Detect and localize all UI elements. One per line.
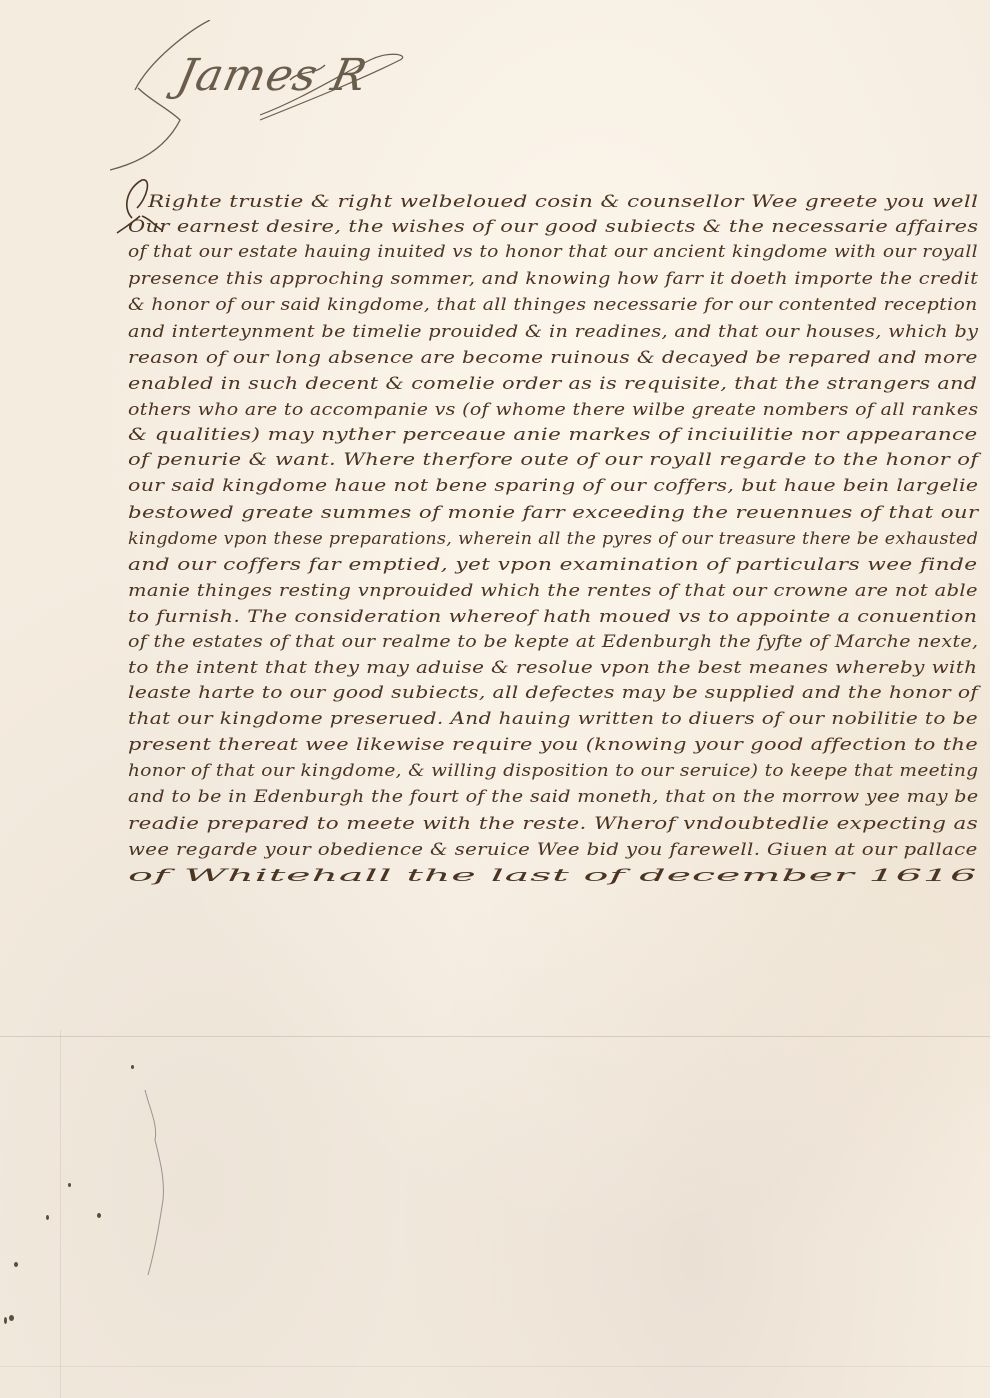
ink-spot	[68, 1183, 71, 1187]
letter-line: to furnish. The consideration whereof ha…	[128, 607, 977, 626]
letter-line: readie prepared to meete with the reste.…	[128, 814, 978, 833]
ink-spot	[4, 1317, 7, 1324]
ink-spot	[14, 1262, 18, 1267]
ink-spot	[97, 1213, 101, 1218]
letter-line: and our coffers far emptied, yet vpon ex…	[128, 555, 978, 574]
letter-line: honor of that our kingdome, & willing di…	[128, 761, 978, 780]
letter-line: reason of our long absence are become ru…	[128, 348, 978, 367]
letter-line: of Whitehall the last of december 1616	[128, 866, 977, 885]
letter-line: our said kingdome haue not bene sparing …	[128, 476, 978, 495]
ink-spot	[46, 1215, 49, 1220]
letter-line: & honor of our said kingdome, that all t…	[128, 295, 978, 314]
letter-line: manie thinges resting vnprouided which t…	[128, 581, 978, 600]
letter-line: that our kingdome preserued. And hauing …	[128, 709, 978, 728]
letter-line: to the intent that they may aduise & res…	[128, 658, 977, 677]
letter-line: presence this approching sommer, and kno…	[128, 269, 978, 288]
letter-line: wee regarde your obedience & seruice Wee…	[128, 840, 978, 859]
letter-line: & qualities) may nyther perceaue anie ma…	[128, 425, 978, 444]
ink-spot	[131, 1065, 134, 1069]
letter-line: leaste harte to our good subiects, all d…	[128, 683, 978, 702]
manuscript-page: James R Righte trustie & right welbeloue…	[0, 0, 990, 1398]
letter-line: Our earnest desire, the wishes of our go…	[128, 217, 978, 236]
letter-line: present thereat wee likewise require you…	[128, 735, 978, 754]
signature-flourish	[110, 20, 430, 190]
ink-spot	[9, 1315, 14, 1321]
letter-line: and to be in Edenburgh the fourt of the …	[128, 787, 979, 806]
letter-line: kingdome vpon these preparations, wherei…	[128, 529, 978, 548]
letter-line: of penurie & want. Where therfore oute o…	[128, 450, 979, 469]
letter-line: of that our estate hauing inuited vs to …	[128, 242, 978, 261]
letter-line: Righte trustie & right welbeloued cosin …	[148, 192, 978, 211]
signature: James R	[173, 50, 372, 101]
letter-line: and interteynment be timelie prouided & …	[128, 322, 978, 341]
letter-line: bestowed greate summes of monie farr exc…	[128, 503, 979, 522]
letter-line: others who are to accompanie vs (of whom…	[128, 400, 979, 419]
letter-line: enabled in such decent & comelie order a…	[128, 374, 977, 393]
letter-line: of the estates of that our realme to be …	[128, 632, 978, 651]
